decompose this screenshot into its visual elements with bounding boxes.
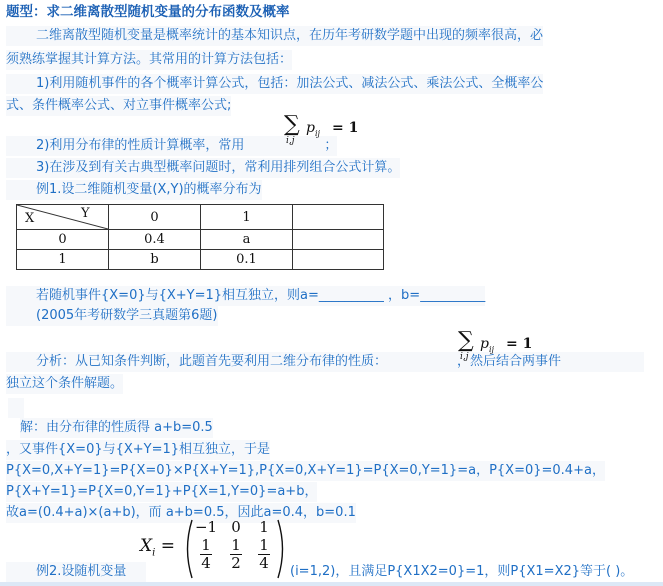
intro-line-2: 须熟练掌握其计算方法。其常用的计算方法包括：: [6, 50, 292, 70]
solution-line-4: P{X+Y=1}=P{X=0,Y=1}+P{X=1,Y=0}=a+b，: [6, 482, 317, 502]
corner-x-label: X: [25, 211, 34, 226]
method-2-text: 2)利用分布律的性质计算概率，常用: [36, 138, 244, 153]
matrix-denominator: 4: [194, 556, 218, 571]
table-row: 1 b 0.1: [17, 250, 384, 270]
matrix-numerator: 1: [194, 538, 218, 553]
method-1-line-1: 1)利用随机事件的各个概率计算公式，包括：加法公式、减法公式、乘法公式、全概率公: [6, 74, 543, 94]
analysis-line-2: 独立这个条件解题。: [6, 374, 123, 394]
sigma-subscript: i,j: [460, 352, 469, 362]
table-cell: 0.4: [109, 230, 201, 250]
solution-line-2: ，又事件{X=0}与{X+Y=1}相互独立，于是: [6, 440, 270, 460]
matrix-eq: =: [161, 536, 175, 556]
method-3: 3)在涉及到有关古典型概率问题时，常利用排列组合公式计算。: [6, 158, 400, 178]
probability-distribution-table: X Y 0 1 0 0.4 a 1 b 0.1: [16, 204, 384, 270]
example-1-source: (2005年考研数学三真题第6题): [6, 306, 218, 326]
p-symbol: p: [306, 120, 315, 136]
left-paren-icon: [182, 518, 194, 580]
example-2-suffix: (i=1,2)，且满足P{X1X2=0}=1，则P{X1=X2}等于( )。: [290, 562, 633, 582]
table-row: 0 0.4 a: [17, 230, 384, 250]
matrix-lhs-sub: i: [152, 547, 155, 558]
table-corner-cell: X Y: [17, 205, 109, 230]
example-1-question: 若随机事件{X=0}与{X+Y=1}相互独立，则a=__________ ，b=…: [6, 286, 485, 306]
p-symbol: p: [480, 336, 489, 352]
solution-line-3: P{X=0,X+Y=1}=P{X=0}×P{X+Y=1},P{X=0,X+Y=1…: [6, 461, 605, 481]
analysis-line-1: 分析：从已知条件判断，此题首先要利用二维分布律的性质：，然后结合两事件: [6, 352, 644, 372]
sigma-symbol: ∑: [458, 330, 474, 352]
bottom-divider: [0, 582, 663, 586]
equals-one: = 1: [332, 120, 358, 136]
table-cell: [293, 250, 384, 270]
analysis-text: 分析：从已知条件判断，此题首先要利用二维分布律的性质：: [36, 354, 387, 369]
matrix-value: −1: [194, 520, 218, 535]
table-row-label: 1: [17, 250, 109, 270]
matrix-numerator: 1: [252, 538, 276, 553]
matrix-numerator: 1: [224, 538, 248, 553]
matrix-value: 1: [252, 520, 276, 535]
table-cell: 0.1: [201, 250, 293, 270]
table-cell: b: [109, 250, 201, 270]
method-1-line-2: 式、条件概率公式、对立事件概率公式;: [6, 96, 231, 116]
matrix-lhs-var: X: [140, 536, 152, 556]
page-title: 题型：求二维离散型随机变量的分布函数及概率: [6, 2, 290, 22]
example-2-prefix: 例2.设随机变量: [6, 562, 146, 582]
table-cell: [293, 230, 384, 250]
matrix-denominator: 4: [252, 556, 276, 571]
corner-y-label: Y: [81, 206, 90, 221]
p-subscript: ij: [489, 345, 494, 354]
matrix-col-1: −1 1 4: [194, 520, 218, 571]
example-1-heading: 例1.设二维随机变量(X,Y)的概率分布为: [6, 180, 262, 200]
table-cell: a: [201, 230, 293, 250]
sigma-symbol: ∑: [284, 114, 300, 136]
table-header-cell: 1: [201, 205, 293, 230]
matrix-denominator: 2: [224, 556, 248, 571]
sigma-subscript: i,j: [286, 136, 295, 146]
solution-line-1: 解：由分布律的性质得 a+b=0.5: [20, 418, 213, 438]
p-subscript: ij: [315, 129, 320, 138]
matrix-lhs: Xi =: [140, 536, 175, 558]
blank-highlight: [8, 398, 24, 418]
table-header-cell: [293, 205, 384, 230]
matrix-col-3: 1 1 4: [252, 520, 276, 571]
equals-one: = 1: [506, 336, 532, 352]
sum-formula-1: ∑ i,j pij = 1: [284, 114, 364, 154]
matrix-value: 0: [224, 520, 248, 535]
table-row-label: 0: [17, 230, 109, 250]
sum-formula-2: ∑ i,j pij = 1: [458, 330, 538, 370]
matrix-col-2: 0 1 2: [224, 520, 248, 571]
table-header-cell: 0: [109, 205, 201, 230]
intro-line-1: 二维离散型随机变量是概率统计的基本知识点，在历年考研数学题中出现的频率很高，必: [6, 26, 543, 46]
right-paren-icon: [276, 518, 288, 580]
